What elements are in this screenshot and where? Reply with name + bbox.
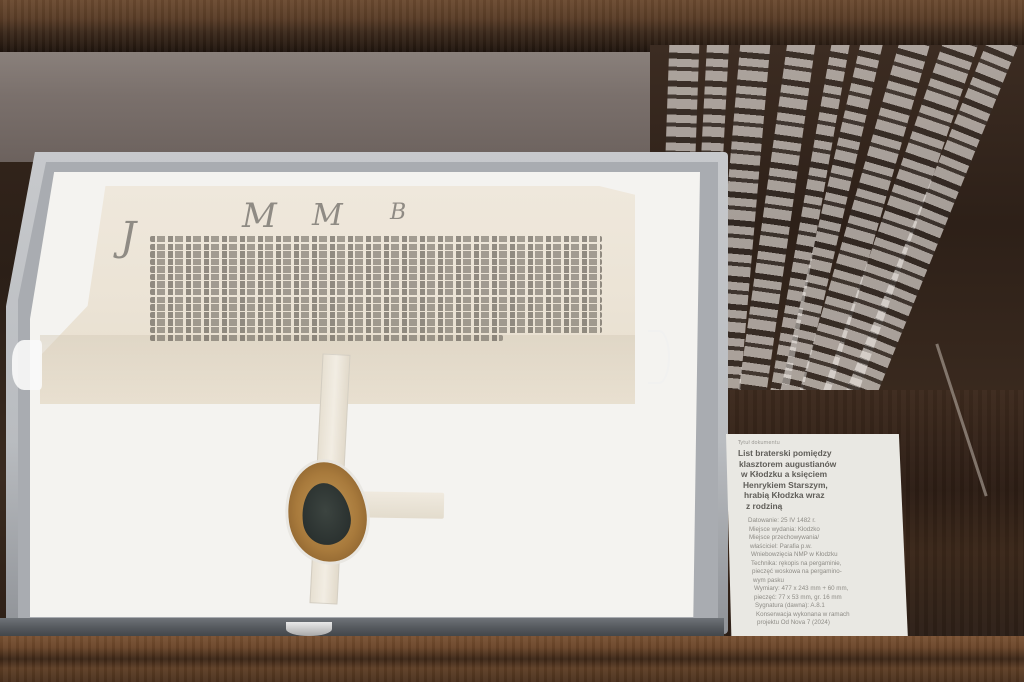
label-detail-line: Technika: rękopis na pergaminie, [738, 560, 898, 569]
text-line [150, 319, 602, 325]
text-line [150, 251, 602, 257]
text-line [150, 236, 602, 242]
label-detail-line: Miejsce przechowywania/ [738, 534, 898, 543]
label-title-line: z rodziną [738, 501, 898, 512]
label-detail-line: Konserwacja wykonana w ramach [738, 611, 898, 620]
wooden-frame-bottom [0, 636, 1024, 682]
manuscript-text [150, 236, 602, 346]
text-line [150, 335, 503, 341]
text-line [150, 304, 602, 310]
label-title-line: List braterski pomiędzy [738, 448, 898, 459]
label-detail-line: Datowanie: 25 IV 1482 r. [738, 517, 898, 526]
mount-clip-left [12, 340, 42, 390]
museum-display-case-photo: J M M B Tytuł dokumentu List braterski p… [0, 0, 1024, 682]
exhibit-label: Tytuł dokumentu List braterski pomiędzy … [726, 434, 908, 640]
label-title: List braterski pomiędzy klasztorem augus… [738, 448, 898, 511]
text-line [150, 259, 602, 265]
label-detail-line: wym pasku [738, 577, 898, 586]
label-details: Datowanie: 25 IV 1482 r. Miejsce wydania… [738, 517, 898, 628]
label-detail-line: właściciel: Parafia p.w. [738, 543, 898, 552]
label-detail-line: projektu Od Nova 7 (2024) [738, 619, 898, 628]
text-line [150, 244, 602, 250]
label-caption: Tytuł dokumentu [738, 440, 898, 446]
text-line [150, 289, 602, 295]
label-detail-line: pieczęć woskowa na pergamino- [738, 568, 898, 577]
case-back-wall [0, 52, 660, 162]
mount-clip-right [648, 330, 670, 384]
label-title-line: w Kłodzku a księciem [738, 469, 898, 480]
decorated-capital: B [390, 200, 406, 225]
label-detail-line: Wymiary: 477 x 243 mm + 60 mm, [738, 585, 898, 594]
decorated-capital: M [242, 196, 277, 236]
label-detail-line: pieczęć: 77 x 53 mm, gr. 16 mm [738, 594, 898, 603]
tray-clip-bottom [286, 622, 332, 636]
label-detail-line: Miejsce wydania: Kłodzko [738, 526, 898, 535]
text-line [150, 266, 602, 272]
decorated-initial: J [120, 214, 136, 260]
tray-bottom-rail [0, 618, 724, 638]
text-line [150, 312, 602, 318]
label-title-line: klasztorem augustianów [738, 459, 898, 470]
label-detail-line: Wniebowzięcia NMP w Kłodzku [738, 551, 898, 560]
text-line [150, 327, 602, 333]
decorated-capital: M [312, 198, 343, 233]
text-line [150, 297, 602, 303]
label-detail-line: Sygnatura (dawna): A.8.1 [738, 602, 898, 611]
text-line [150, 274, 602, 280]
label-title-line: hrabią Kłodzka wraz [738, 490, 898, 501]
text-line [150, 281, 602, 287]
label-title-line: Henrykiem Starszym, [738, 480, 898, 491]
